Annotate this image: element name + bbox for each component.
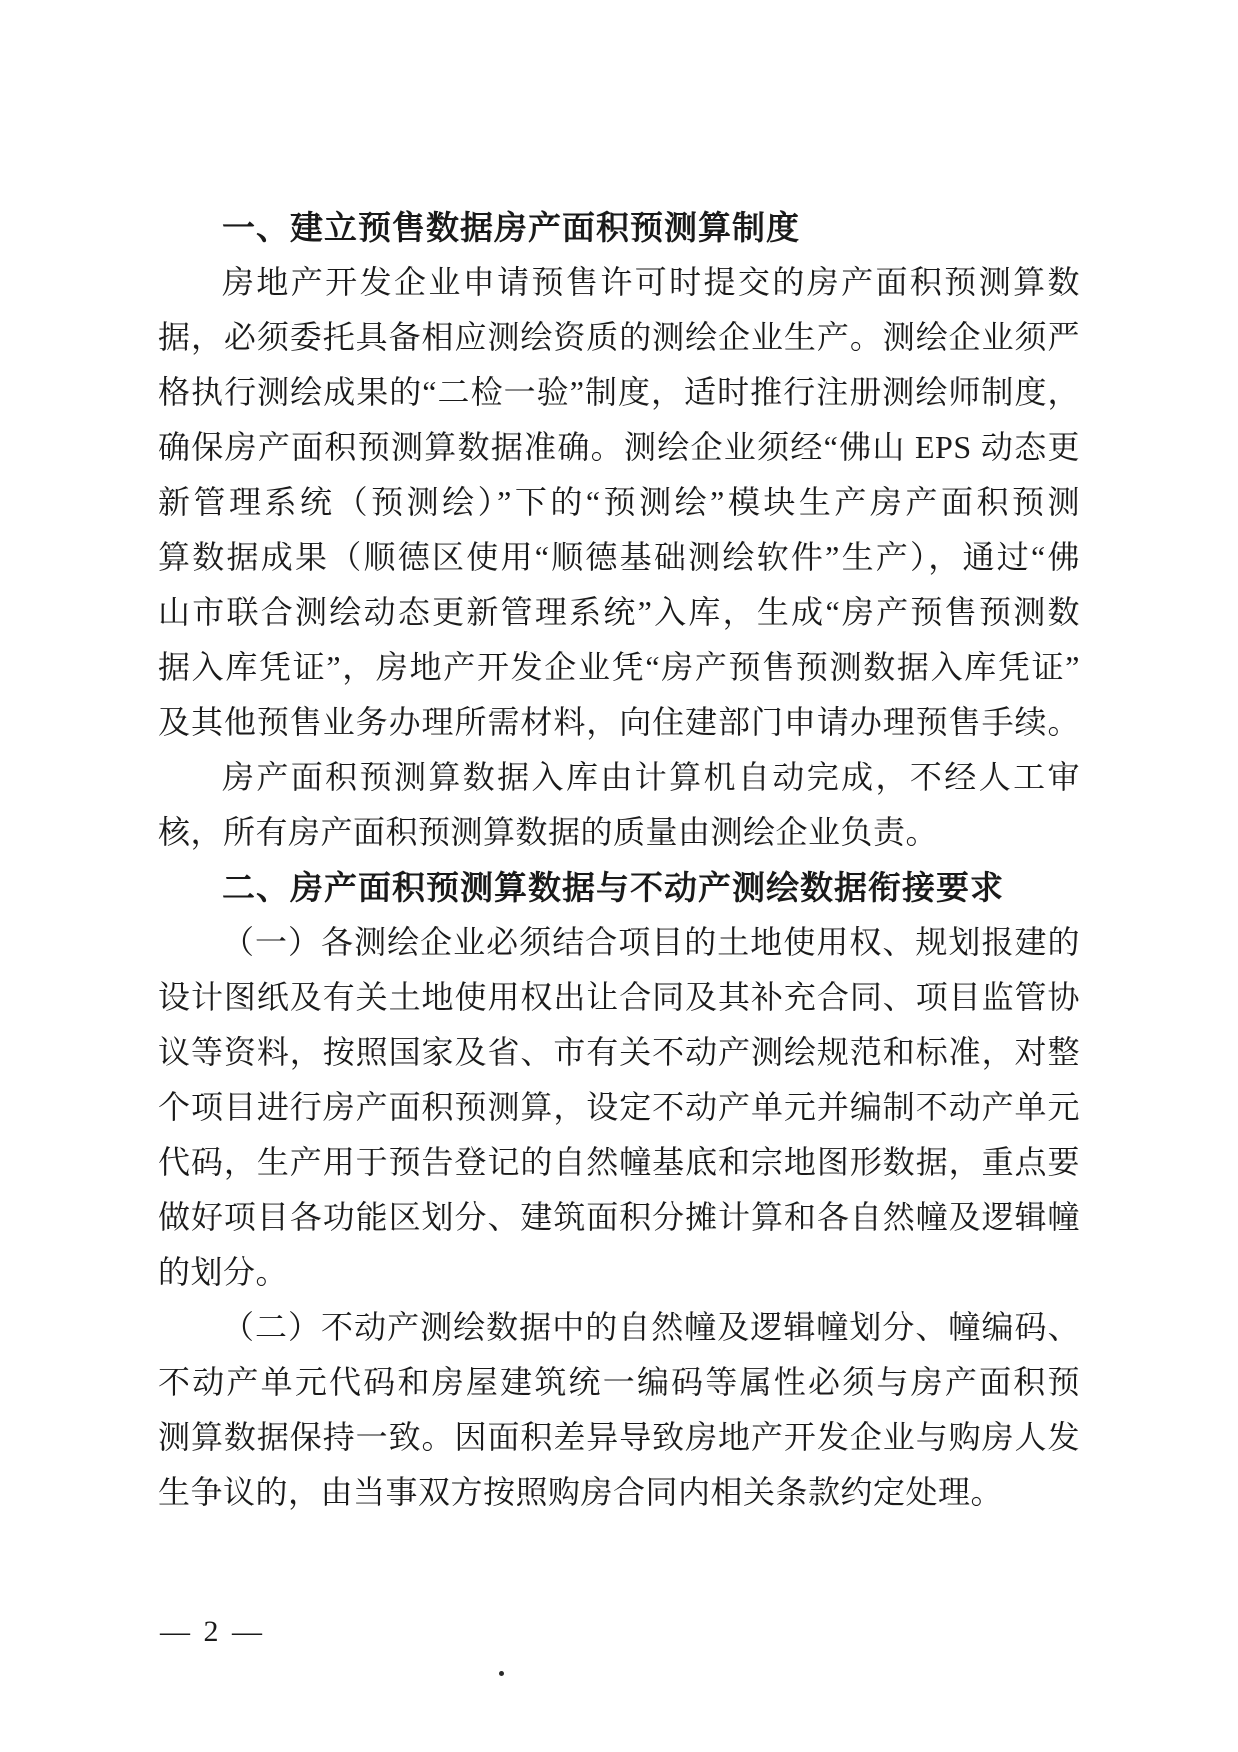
paragraph-line: 确保房产面积预测算数据准确。测绘企业须经“佛山 EPS 动态更 xyxy=(158,420,1080,475)
section-heading-1: 一、建立预售数据房产面积预测算制度 xyxy=(158,200,1080,255)
paragraph-line: 据入库凭证”，房地产开发企业凭“房产预售预测数据入库凭证” xyxy=(158,640,1080,695)
paragraph-line: 的划分。 xyxy=(158,1245,1080,1300)
section-heading-2: 二、房产面积预测算数据与不动产测绘数据衔接要求 xyxy=(158,860,1080,915)
page-number: — 2 — xyxy=(160,1615,265,1648)
document-page: 一、建立预售数据房产面积预测算制度 房地产开发企业申请预售许可时提交的房产面积预… xyxy=(0,0,1238,1752)
paragraph-line: 做好项目各功能区划分、建筑面积分摊计算和各自然幢及逻辑幢 xyxy=(158,1190,1080,1245)
paragraph-line: 议等资料，按照国家及省、市有关不动产测绘规范和标准，对整 xyxy=(158,1025,1080,1080)
paragraph-line: 房地产开发企业申请预售许可时提交的房产面积预测算数 xyxy=(158,255,1080,310)
paragraph-line: 新管理系统（预测绘）”下的“预测绘”模块生产房产面积预测 xyxy=(158,475,1080,530)
page-footer: — 2 — xyxy=(160,1612,265,1652)
paragraph-line: 设计图纸及有关土地使用权出让合同及其补充合同、项目监管协 xyxy=(158,970,1080,1025)
scan-artifact-dot xyxy=(499,1671,504,1676)
document-body: 一、建立预售数据房产面积预测算制度 房地产开发企业申请预售许可时提交的房产面积预… xyxy=(158,200,1080,1520)
paragraph-line: 核，所有房产面积预测算数据的质量由测绘企业负责。 xyxy=(158,805,1080,860)
paragraph-line: 格执行测绘成果的“二检一验”制度，适时推行注册测绘师制度， xyxy=(158,365,1080,420)
paragraph-line: 个项目进行房产面积预测算，设定不动产单元并编制不动产单元 xyxy=(158,1080,1080,1135)
paragraph-line: 山市联合测绘动态更新管理系统”入库，生成“房产预售预测数 xyxy=(158,585,1080,640)
paragraph-line: 房产面积预测算数据入库由计算机自动完成，不经人工审 xyxy=(158,750,1080,805)
paragraph-line: 据，必须委托具备相应测绘资质的测绘企业生产。测绘企业须严 xyxy=(158,310,1080,365)
paragraph-line: 算数据成果（顺德区使用“顺德基础测绘软件”生产），通过“佛 xyxy=(158,530,1080,585)
paragraph-line: 代码，生产用于预告登记的自然幢基底和宗地图形数据，重点要 xyxy=(158,1135,1080,1190)
paragraph-line: 测算数据保持一致。因面积差异导致房地产开发企业与购房人发 xyxy=(158,1410,1080,1465)
paragraph-line: （二）不动产测绘数据中的自然幢及逻辑幢划分、幢编码、 xyxy=(158,1300,1080,1355)
paragraph-line: 生争议的，由当事双方按照购房合同内相关条款约定处理。 xyxy=(158,1465,1080,1520)
paragraph-line: 及其他预售业务办理所需材料，向住建部门申请办理预售手续。 xyxy=(158,695,1080,750)
paragraph-line: 不动产单元代码和房屋建筑统一编码等属性必须与房产面积预 xyxy=(158,1355,1080,1410)
paragraph-line: （一）各测绘企业必须结合项目的土地使用权、规划报建的 xyxy=(158,915,1080,970)
